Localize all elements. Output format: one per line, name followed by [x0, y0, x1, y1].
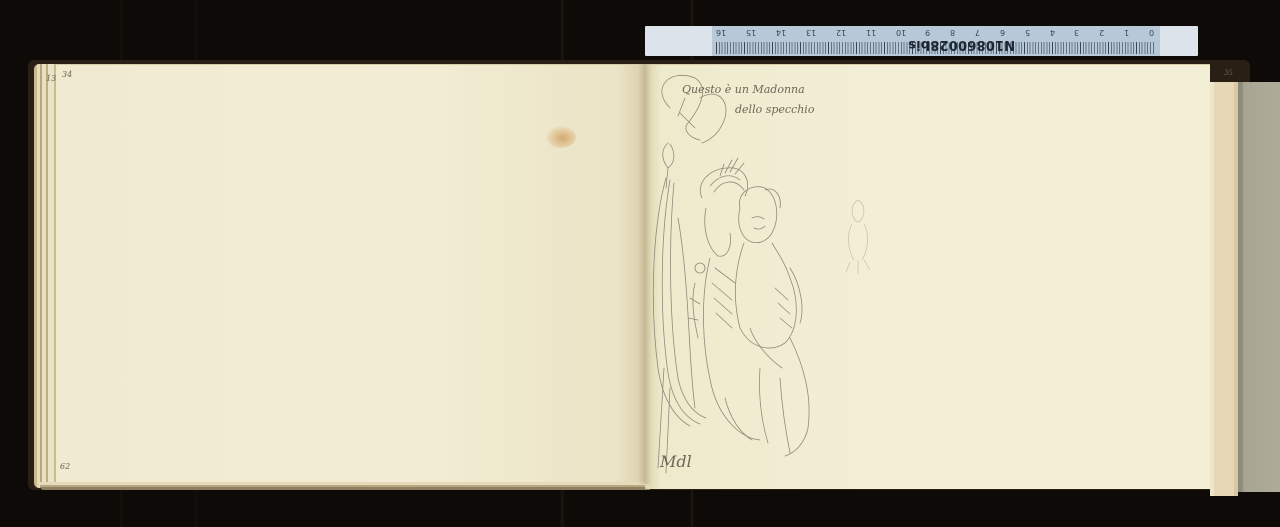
faint-figure-sketch [828, 190, 888, 280]
madonna-sketch [640, 68, 840, 478]
ruler-tick-label: 12 [836, 27, 846, 37]
ruler-id-label: N10860028bis [908, 37, 1015, 52]
ruler-scale: 0 1 2 3 4 5 6 7 8 9 10 11 12 13 14 15 16… [712, 26, 1160, 56]
ruler-tick-label: 10 [896, 27, 906, 37]
ruler-tick-label: 13 [806, 27, 816, 37]
ruler-tick-label: 5 [1025, 27, 1030, 37]
ruler-tick-labels: 0 1 2 3 4 5 6 7 8 9 10 11 12 13 14 15 16 [712, 27, 1160, 37]
page-number-right-top: 35 [1224, 69, 1233, 77]
scale-ruler: 0 1 2 3 4 5 6 7 8 9 10 11 12 13 14 15 16… [645, 26, 1198, 56]
ruler-tick-label: 6 [1000, 27, 1005, 37]
ruler-tick-label: 8 [950, 27, 955, 37]
ruler-tick-label: 4 [1050, 27, 1055, 37]
book-bottom-edge [40, 482, 650, 490]
ruler-tick-label: 15 [746, 27, 756, 37]
ruler-tick-label: 1 [1124, 27, 1129, 37]
ruler-tick-label: 7 [975, 27, 980, 37]
ruler-tick-label: 3 [1074, 27, 1079, 37]
ruler-tick-label: 9 [925, 27, 930, 37]
ruler-tick-label: 16 [716, 27, 726, 37]
page-number-left-bottom: 62 [60, 462, 70, 471]
ruler-tick-label: 0 [1149, 27, 1154, 37]
ruler-tick-label: 11 [866, 27, 876, 37]
gray-endboard [1238, 82, 1280, 492]
foxing-stain [546, 126, 576, 148]
ruler-tick-label: 14 [776, 27, 786, 37]
page-number-left-top: 34 [62, 70, 72, 79]
right-page-stack [1210, 82, 1238, 496]
ruler-tick-label: 2 [1099, 27, 1104, 37]
page-number-outer: 13 [46, 74, 56, 83]
